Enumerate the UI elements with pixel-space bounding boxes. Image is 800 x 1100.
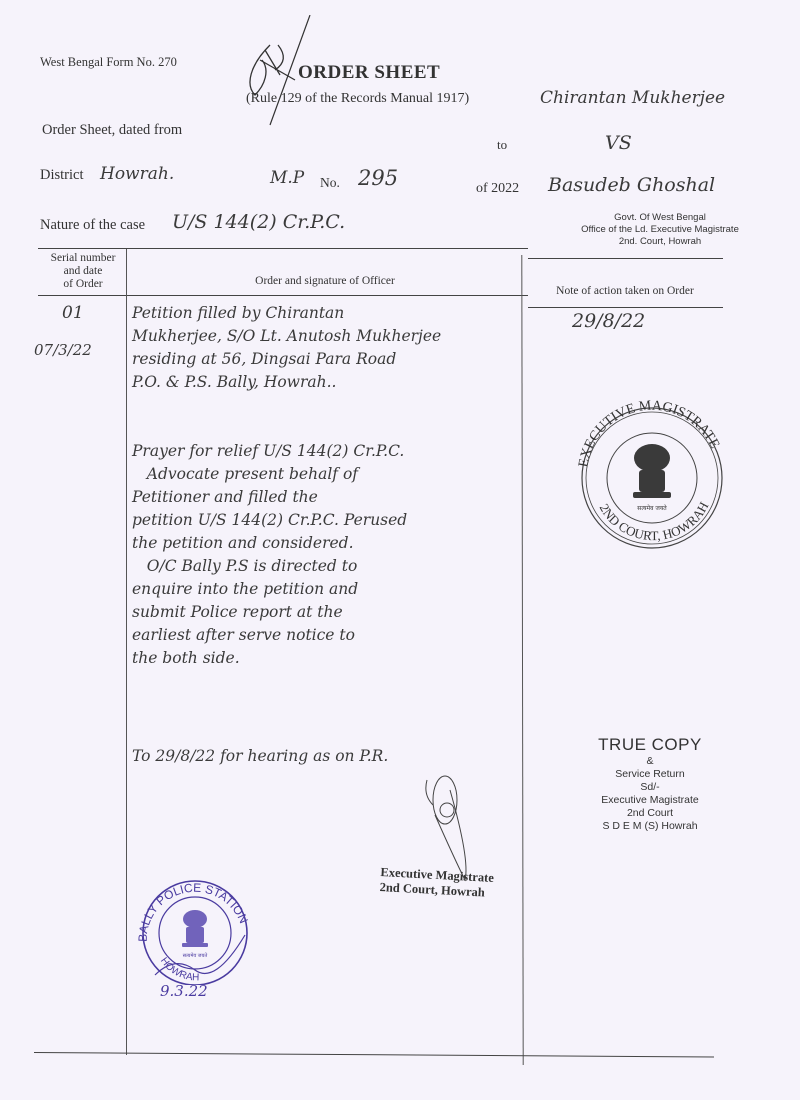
true-copy-title: TRUE COPY <box>555 735 745 755</box>
office-line: Office of the Ld. Executive Magistrate <box>560 224 760 236</box>
police-station-seal-icon: BALLY POLICE STATION HOWRAH सत्यमेव जयते <box>135 875 255 985</box>
true-copy-line: S D E M (S) Howrah <box>555 820 745 833</box>
order-line: submit Police report at the <box>132 601 527 624</box>
executive-magistrate-seal-icon: EXECUTIVE MAGISTRATE 2ND COURT, HOWRAH स… <box>567 400 737 550</box>
true-copy-line: Service Return <box>555 768 745 781</box>
order-date: 07/3/22 <box>34 341 92 359</box>
order-line: Mukherjee, S/O Lt. Anutosh Mukherjee <box>132 325 527 348</box>
order-line: residing at 56, Dingsai Para Road <box>132 348 527 371</box>
office-stamp-text: Govt. Of West Bengal Office of the Ld. E… <box>560 212 760 248</box>
true-copy-line: Executive Magistrate <box>555 794 745 807</box>
signature-block: Executive Magistrate 2nd Court, Howrah <box>379 865 494 901</box>
to-label: to <box>497 137 507 153</box>
party-respondent: Basudeb Ghoshal <box>548 174 715 196</box>
header-serial: Serial number and date of Order <box>40 252 126 291</box>
header-serial-line: and date <box>40 265 126 278</box>
case-no-value: 295 <box>358 166 398 190</box>
police-received-date: 9.3.22 <box>160 982 208 1000</box>
case-type-prefix: M.P <box>270 168 304 188</box>
order-line: Advocate present behalf of <box>132 463 527 486</box>
true-copy-line: 2nd Court <box>555 807 745 820</box>
true-copy-line: Sd/- <box>555 781 745 794</box>
order-paragraph-1: Petition filled by Chirantan Mukherjee, … <box>132 302 527 394</box>
order-paragraph-3: To 29/8/22 for hearing as on P.R. <box>132 745 527 768</box>
party-petitioner: Chirantan Mukherjee <box>540 88 725 108</box>
order-line: petition U/S 144(2) Cr.P.C. Perused <box>132 509 527 532</box>
dated-from-label: Order Sheet, dated from <box>42 122 182 139</box>
order-line: To 29/8/22 for hearing as on P.R. <box>132 745 527 768</box>
header-serial-line: of Order <box>40 278 126 291</box>
district-label: District <box>40 167 84 184</box>
form-number: West Bengal Form No. 270 <box>40 55 177 70</box>
order-line: the petition and considered. <box>132 532 527 555</box>
svg-text:सत्यमेव जयते: सत्यमेव जयते <box>183 952 208 959</box>
case-year: of 2022 <box>476 181 519 197</box>
order-line: enquire into the petition and <box>132 578 527 601</box>
nature-label: Nature of the case <box>40 217 145 234</box>
header-divider <box>38 295 528 296</box>
header-divider-right <box>528 307 723 308</box>
table-top-border <box>38 248 528 249</box>
order-paragraph-2: Prayer for relief U/S 144(2) Cr.P.C. Adv… <box>132 440 527 670</box>
table-top-border-right <box>528 258 723 259</box>
note-of-action-date: 29/8/22 <box>572 310 645 332</box>
case-no-label: No. <box>320 175 340 191</box>
district-value: Howrah. <box>100 164 174 184</box>
header-order: Order and signature of Officer <box>128 275 522 288</box>
page-subtitle: (Rule 129 of the Records Manual 1917) <box>246 91 469 107</box>
page-title: ORDER SHEET <box>298 62 440 84</box>
column-divider-1 <box>126 249 127 1055</box>
order-line: earliest after serve notice to <box>132 624 527 647</box>
header-note: Note of action taken on Order <box>530 285 720 298</box>
true-copy-stamp: TRUE COPY & Service Return Sd/- Executiv… <box>555 735 745 833</box>
order-line: the both side. <box>132 647 527 670</box>
nature-value: U/S 144(2) Cr.P.C. <box>172 211 345 233</box>
true-copy-line: & <box>555 755 745 768</box>
svg-text:सत्यमेव जयते: सत्यमेव जयते <box>637 504 667 512</box>
order-line: Petitioner and filled the <box>132 486 527 509</box>
order-line: Prayer for relief U/S 144(2) Cr.P.C. <box>132 440 527 463</box>
order-line: Petition filled by Chirantan <box>132 302 527 325</box>
office-line: Govt. Of West Bengal <box>560 212 760 224</box>
versus-label: VS <box>605 132 632 154</box>
order-line: O/C Bally P.S is directed to <box>132 555 527 578</box>
table-bottom-border <box>34 1052 714 1058</box>
order-line: P.O. & P.S. Bally, Howrah.. <box>132 371 527 394</box>
header-serial-line: Serial number <box>40 252 126 265</box>
serial-number: 01 <box>62 303 84 323</box>
office-line: 2nd. Court, Howrah <box>560 236 760 248</box>
